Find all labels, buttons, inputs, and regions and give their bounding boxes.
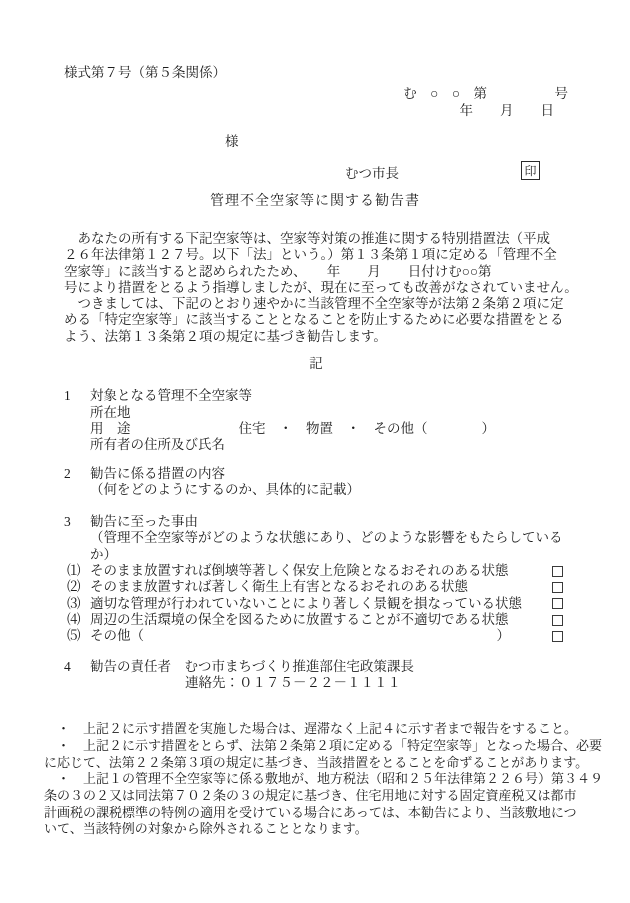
document-number-block: む ○ ○ 第 号 年 月 日 — [403, 85, 568, 119]
reason-checkbox-3[interactable] — [552, 598, 563, 609]
section-3-note-line: （管理不全空家等がどのような状態にあり、どのような影響をもたらしている — [90, 530, 568, 546]
footnote-line: 条の３の２又は同法第７０２条の３の規定に基づき、住宅用地に対する固定資産税又は都… — [44, 788, 588, 805]
section-number: 4 — [64, 659, 90, 675]
section-1-heading: 1 対象となる管理不全空家等 — [64, 388, 568, 404]
footnote-line: ・ 上記２に示す措置を実施した場合は、遅滞なく上記４に示す者まで報告をすること。 — [44, 721, 588, 738]
item-number: ⑷ — [67, 612, 90, 628]
ki-marker: 記 — [64, 356, 568, 372]
reason-checkbox-1[interactable] — [552, 566, 563, 577]
reason-checkbox-2[interactable] — [552, 582, 563, 593]
section-4-heading: 4 勧告の責任者 むつ市まちづくり推進部住宅政策課長 — [64, 659, 568, 675]
footnote-line: 計画税の課税標準の特例の適用を受けている場合にあっては、本勧告により、当該敷地に… — [44, 805, 588, 822]
section-heading-text: 対象となる管理不全空家等 — [90, 388, 252, 404]
body-paragraph-line: あなたの所有する下記空家等は、空家等対策の推進に関する特別措置法（平成 — [64, 231, 568, 247]
section-1: 1 対象となる管理不全空家等 所在地 用 途 住宅 ・ 物置 ・ その他（ ） … — [64, 388, 568, 453]
reason-checkbox-5[interactable] — [552, 631, 563, 642]
footnote-line: いて、当該特例の対象から除外されることとなります。 — [44, 821, 588, 838]
section-number: 2 — [64, 466, 90, 482]
official-seal-icon: 印 — [521, 161, 540, 180]
field-location-label: 所在地 — [90, 405, 568, 421]
document-page: 様式第７号（第５条関係） む ○ ○ 第 号 年 月 日 様 むつ市長 印 管理… — [0, 0, 630, 903]
date-line: 年 月 日 — [403, 102, 568, 119]
section-number: 3 — [64, 514, 90, 530]
field-owner-label: 所有者の住所及び氏名 — [90, 437, 568, 453]
section-3-heading: 3 勧告に至った事由 — [64, 514, 568, 530]
item-number: ⑴ — [67, 563, 90, 579]
reason-item-3: ⑶ 適切な管理が行われていないことにより著しく景観を損なっている状態 — [64, 596, 568, 612]
item-text: 周辺の生活環境の保全を図るために放置することが不適切である状態 — [90, 612, 509, 628]
body-paragraph-line: ２６年法律第１２７号。以下「法」という。）第１３条第１項に定める「管理不全 — [64, 247, 568, 263]
reason-item-4: ⑷ 周辺の生活環境の保全を図るために放置することが不適切である状態 — [64, 612, 568, 628]
footnote-line: に応じて、法第２２条第３項の規定に基づき、当該措置をとることを命ずることがありま… — [44, 755, 588, 772]
item-number: ⑶ — [67, 596, 90, 612]
reason-checkbox-4[interactable] — [552, 615, 563, 626]
item-text: 適切な管理が行われていないことにより著しく景観を損なっている状態 — [90, 596, 522, 612]
document-title: 管理不全空家等に関する勧告書 — [0, 194, 630, 210]
section-3: 3 勧告に至った事由 （管理不全空家等がどのような状態にあり、どのような影響をも… — [64, 514, 568, 644]
section-2: 2 勧告に係る措置の内容 （何をどのようにするのか、具体的に記載） — [64, 466, 568, 499]
section-heading-text: 勧告の責任者 むつ市まちづくり推進部住宅政策課長 — [90, 659, 414, 675]
recipient-honorific: 様 — [225, 134, 239, 150]
body-paragraph-line: める「特定空家等」に該当することとなることを防止するために必要な措置をとる — [64, 312, 568, 328]
document-body: あなたの所有する下記空家等は、空家等対策の推進に関する特別措置法（平成 ２６年法… — [64, 231, 568, 838]
footnote-line: ・ 上記１の管理不全空家等に係る敷地が、地方税法（昭和２５年法律第２２６号）第３… — [44, 771, 588, 788]
reason-item-2: ⑵ そのまま放置すれば著しく衛生上有害となるおそれのある状態 — [64, 579, 568, 595]
section-heading-text: 勧告に至った事由 — [90, 514, 198, 530]
close-paren: ） — [497, 628, 511, 644]
body-paragraph-line: 号により措置をとるよう指導しましたが、現在に至っても改善がなされていません。 — [64, 280, 568, 296]
item-number: ⑸ — [67, 628, 90, 644]
section-3-note-line: か） — [90, 547, 568, 563]
reason-item-5: ⑸ その他（ ） — [64, 628, 568, 644]
item-text: そのまま放置すれば倒壊等著しく保安上危険となるおそれのある状態 — [90, 563, 509, 579]
body-paragraph-line: つきましては、下記のとおり速やかに当該管理不全空家等が法第２条第２項に定 — [64, 296, 568, 312]
body-paragraph-line: よう、法第１３条第２項の規定に基づき勧告します。 — [64, 329, 568, 345]
field-usage-line: 用 途 住宅 ・ 物置 ・ その他（ ） — [90, 421, 568, 437]
item-text: その他（ — [90, 628, 144, 644]
item-text: そのまま放置すれば著しく衛生上有害となるおそれのある状態 — [90, 579, 468, 595]
section-heading-text: 勧告に係る措置の内容 — [90, 466, 225, 482]
item-number: ⑵ — [67, 579, 90, 595]
issuer-name: むつ市長 — [345, 166, 399, 182]
reason-item-1: ⑴ そのまま放置すれば倒壊等著しく保安上危険となるおそれのある状態 — [64, 563, 568, 579]
document-number-line: む ○ ○ 第 号 — [403, 85, 568, 102]
footnotes: ・ 上記２に示す措置を実施した場合は、遅滞なく上記４に示す者まで報告をすること。… — [44, 721, 588, 838]
section-2-note: （何をどのようにするのか、具体的に記載） — [90, 482, 568, 498]
contact-line: 連絡先：０１７５－２２－１１１１ — [185, 675, 568, 691]
footnote-line: ・ 上記２に示す措置をとらず、法第２条第２項に定める「特定空家等」となった場合、… — [44, 738, 588, 755]
section-2-heading: 2 勧告に係る措置の内容 — [64, 466, 568, 482]
body-paragraph-line: 空家等」に該当すると認められたため、 年 月 日付けむ○○第 — [64, 264, 568, 280]
section-number: 1 — [64, 388, 90, 404]
form-number: 様式第７号（第５条関係） — [64, 65, 226, 81]
section-4: 4 勧告の責任者 むつ市まちづくり推進部住宅政策課長 連絡先：０１７５－２２－１… — [64, 659, 568, 692]
